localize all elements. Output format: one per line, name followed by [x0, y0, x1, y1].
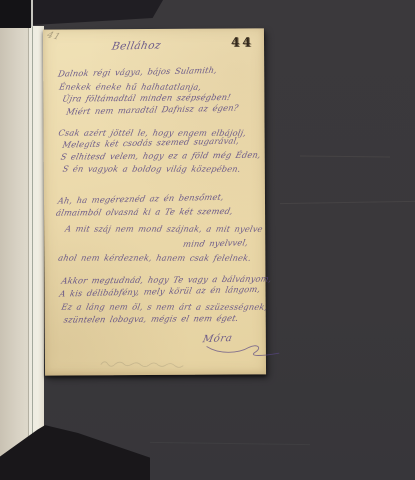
poem-line: A kis délibábfény, mely körül az én láng… [59, 284, 262, 299]
poem-line: S elhitesd velem, hogy ez a föld még Éde… [60, 150, 262, 162]
album-gutter-line [32, 26, 33, 444]
poem-line-inset: mind nyelvvel, [182, 237, 249, 249]
poem-line: Miért nem maradtál Dafnisz az égen? [65, 102, 239, 116]
signature-flourish [205, 342, 283, 360]
photo-mat-background: 41 Bellához 44 Dalnok régi vágya, bájos … [0, 0, 415, 480]
poem-line: S én vagyok a boldog világ közepében. [62, 164, 242, 174]
poem-line: álmaimból olvasná ki a Te két szemed, [55, 206, 234, 218]
scan-dark-corner-top-left [0, 0, 31, 28]
pencil-note-scribble [99, 357, 185, 370]
poem-line: Ez a láng nem öl, s nem árt a szüzességn… [61, 302, 269, 312]
album-gutter-line [31, 0, 33, 27]
mat-scratch [280, 201, 415, 204]
manuscript-page: 41 Bellához 44 Dalnok régi vágya, bájos … [43, 28, 266, 375]
poem-title: Bellához [111, 40, 162, 53]
scan-shadow-band [33, 0, 163, 25]
poem-line: Újra föltámadtál minden szépségben! [61, 92, 232, 104]
poem-line: Ah, ha megéreznéd az én bensőmet, [57, 192, 225, 206]
mat-scratch [300, 156, 390, 158]
poem-line: szüntelen lobogva, mégis el nem éget. [63, 313, 240, 325]
mat-scratch [150, 442, 310, 445]
poem-line: ahol nem kérdeznek, hanem csak felelnek. [57, 253, 252, 263]
poem-line: Dalnok régi vágya, bájos Sulamith, [57, 65, 218, 79]
pencil-archive-number: 41 [45, 31, 62, 43]
poem-line: Énekek éneke hű halhatatlanja, [58, 82, 202, 92]
album-gutter-strip [28, 26, 44, 446]
printed-page-number: 44 [231, 34, 253, 49]
poem-line: A mit száj nem mond szájnak, a mit nyelv… [64, 224, 263, 234]
